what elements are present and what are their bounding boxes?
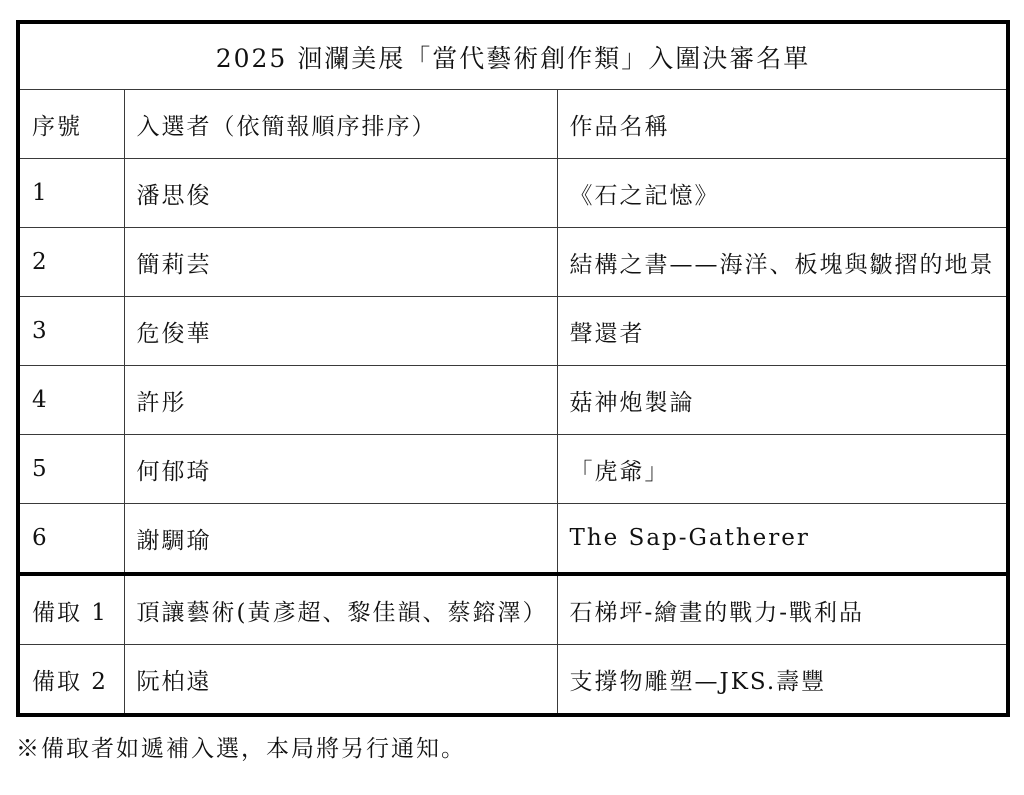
row-work-cell: 「虎爺」 xyxy=(557,435,1008,504)
table-row: 6 謝騆瑜 The Sap-Gatherer xyxy=(18,504,1008,575)
header-row: 序號 入選者（依簡報順序排序） 作品名稱 xyxy=(18,90,1008,159)
title-row: 2025 洄瀾美展「當代藝術創作類」入圍決審名單 xyxy=(18,22,1008,90)
row-no-cell: 1 xyxy=(18,159,124,228)
row-name-cell: 許彤 xyxy=(124,366,557,435)
row-work-cell: 結構之書——海洋、板塊與皺摺的地景 xyxy=(557,228,1008,297)
table-row: 4 許彤 菇神炮製論 xyxy=(18,366,1008,435)
row-work-cell: 菇神炮製論 xyxy=(557,366,1008,435)
table-row: 5 何郁琦 「虎爺」 xyxy=(18,435,1008,504)
row-work-cell: 聲還者 xyxy=(557,297,1008,366)
finalist-table: 2025 洄瀾美展「當代藝術創作類」入圍決審名單 序號 入選者（依簡報順序排序）… xyxy=(16,20,1010,717)
document-page: 2025 洄瀾美展「當代藝術創作類」入圍決審名單 序號 入選者（依簡報順序排序）… xyxy=(0,0,1024,795)
row-work-cell: The Sap-Gatherer xyxy=(557,504,1008,575)
row-name-cell: 頂讓藝術(黃彥超、黎佳韻、蔡鎔澤） xyxy=(124,574,557,645)
table-row: 1 潘思俊 《石之記憶》 xyxy=(18,159,1008,228)
table-row-alternate: 備取 1 頂讓藝術(黃彥超、黎佳韻、蔡鎔澤） 石梯坪-繪畫的戰力-戰利品 xyxy=(18,574,1008,645)
table-row: 3 危俊華 聲還者 xyxy=(18,297,1008,366)
row-no-cell: 6 xyxy=(18,504,124,575)
row-no-cell: 5 xyxy=(18,435,124,504)
row-no-cell: 備取 2 xyxy=(18,645,124,716)
row-work-cell: 支撐物雕塑—JKS.壽豐 xyxy=(557,645,1008,716)
table-row-alternate: 備取 2 阮柏遠 支撐物雕塑—JKS.壽豐 xyxy=(18,645,1008,716)
column-header-no: 序號 xyxy=(18,90,124,159)
row-no-cell: 3 xyxy=(18,297,124,366)
row-name-cell: 潘思俊 xyxy=(124,159,557,228)
row-no-cell: 備取 1 xyxy=(18,574,124,645)
footnote: ※備取者如遞補入選，本局將另行通知。 xyxy=(16,730,466,763)
row-name-cell: 謝騆瑜 xyxy=(124,504,557,575)
table-row: 2 簡莉芸 結構之書——海洋、板塊與皺摺的地景 xyxy=(18,228,1008,297)
row-name-cell: 何郁琦 xyxy=(124,435,557,504)
column-header-name: 入選者（依簡報順序排序） xyxy=(124,90,557,159)
row-work-cell: 石梯坪-繪畫的戰力-戰利品 xyxy=(557,574,1008,645)
column-header-work: 作品名稱 xyxy=(557,90,1008,159)
row-work-cell: 《石之記憶》 xyxy=(557,159,1008,228)
row-no-cell: 4 xyxy=(18,366,124,435)
row-no-cell: 2 xyxy=(18,228,124,297)
document-title: 2025 洄瀾美展「當代藝術創作類」入圍決審名單 xyxy=(18,22,1008,90)
row-name-cell: 危俊華 xyxy=(124,297,557,366)
row-name-cell: 阮柏遠 xyxy=(124,645,557,716)
row-name-cell: 簡莉芸 xyxy=(124,228,557,297)
